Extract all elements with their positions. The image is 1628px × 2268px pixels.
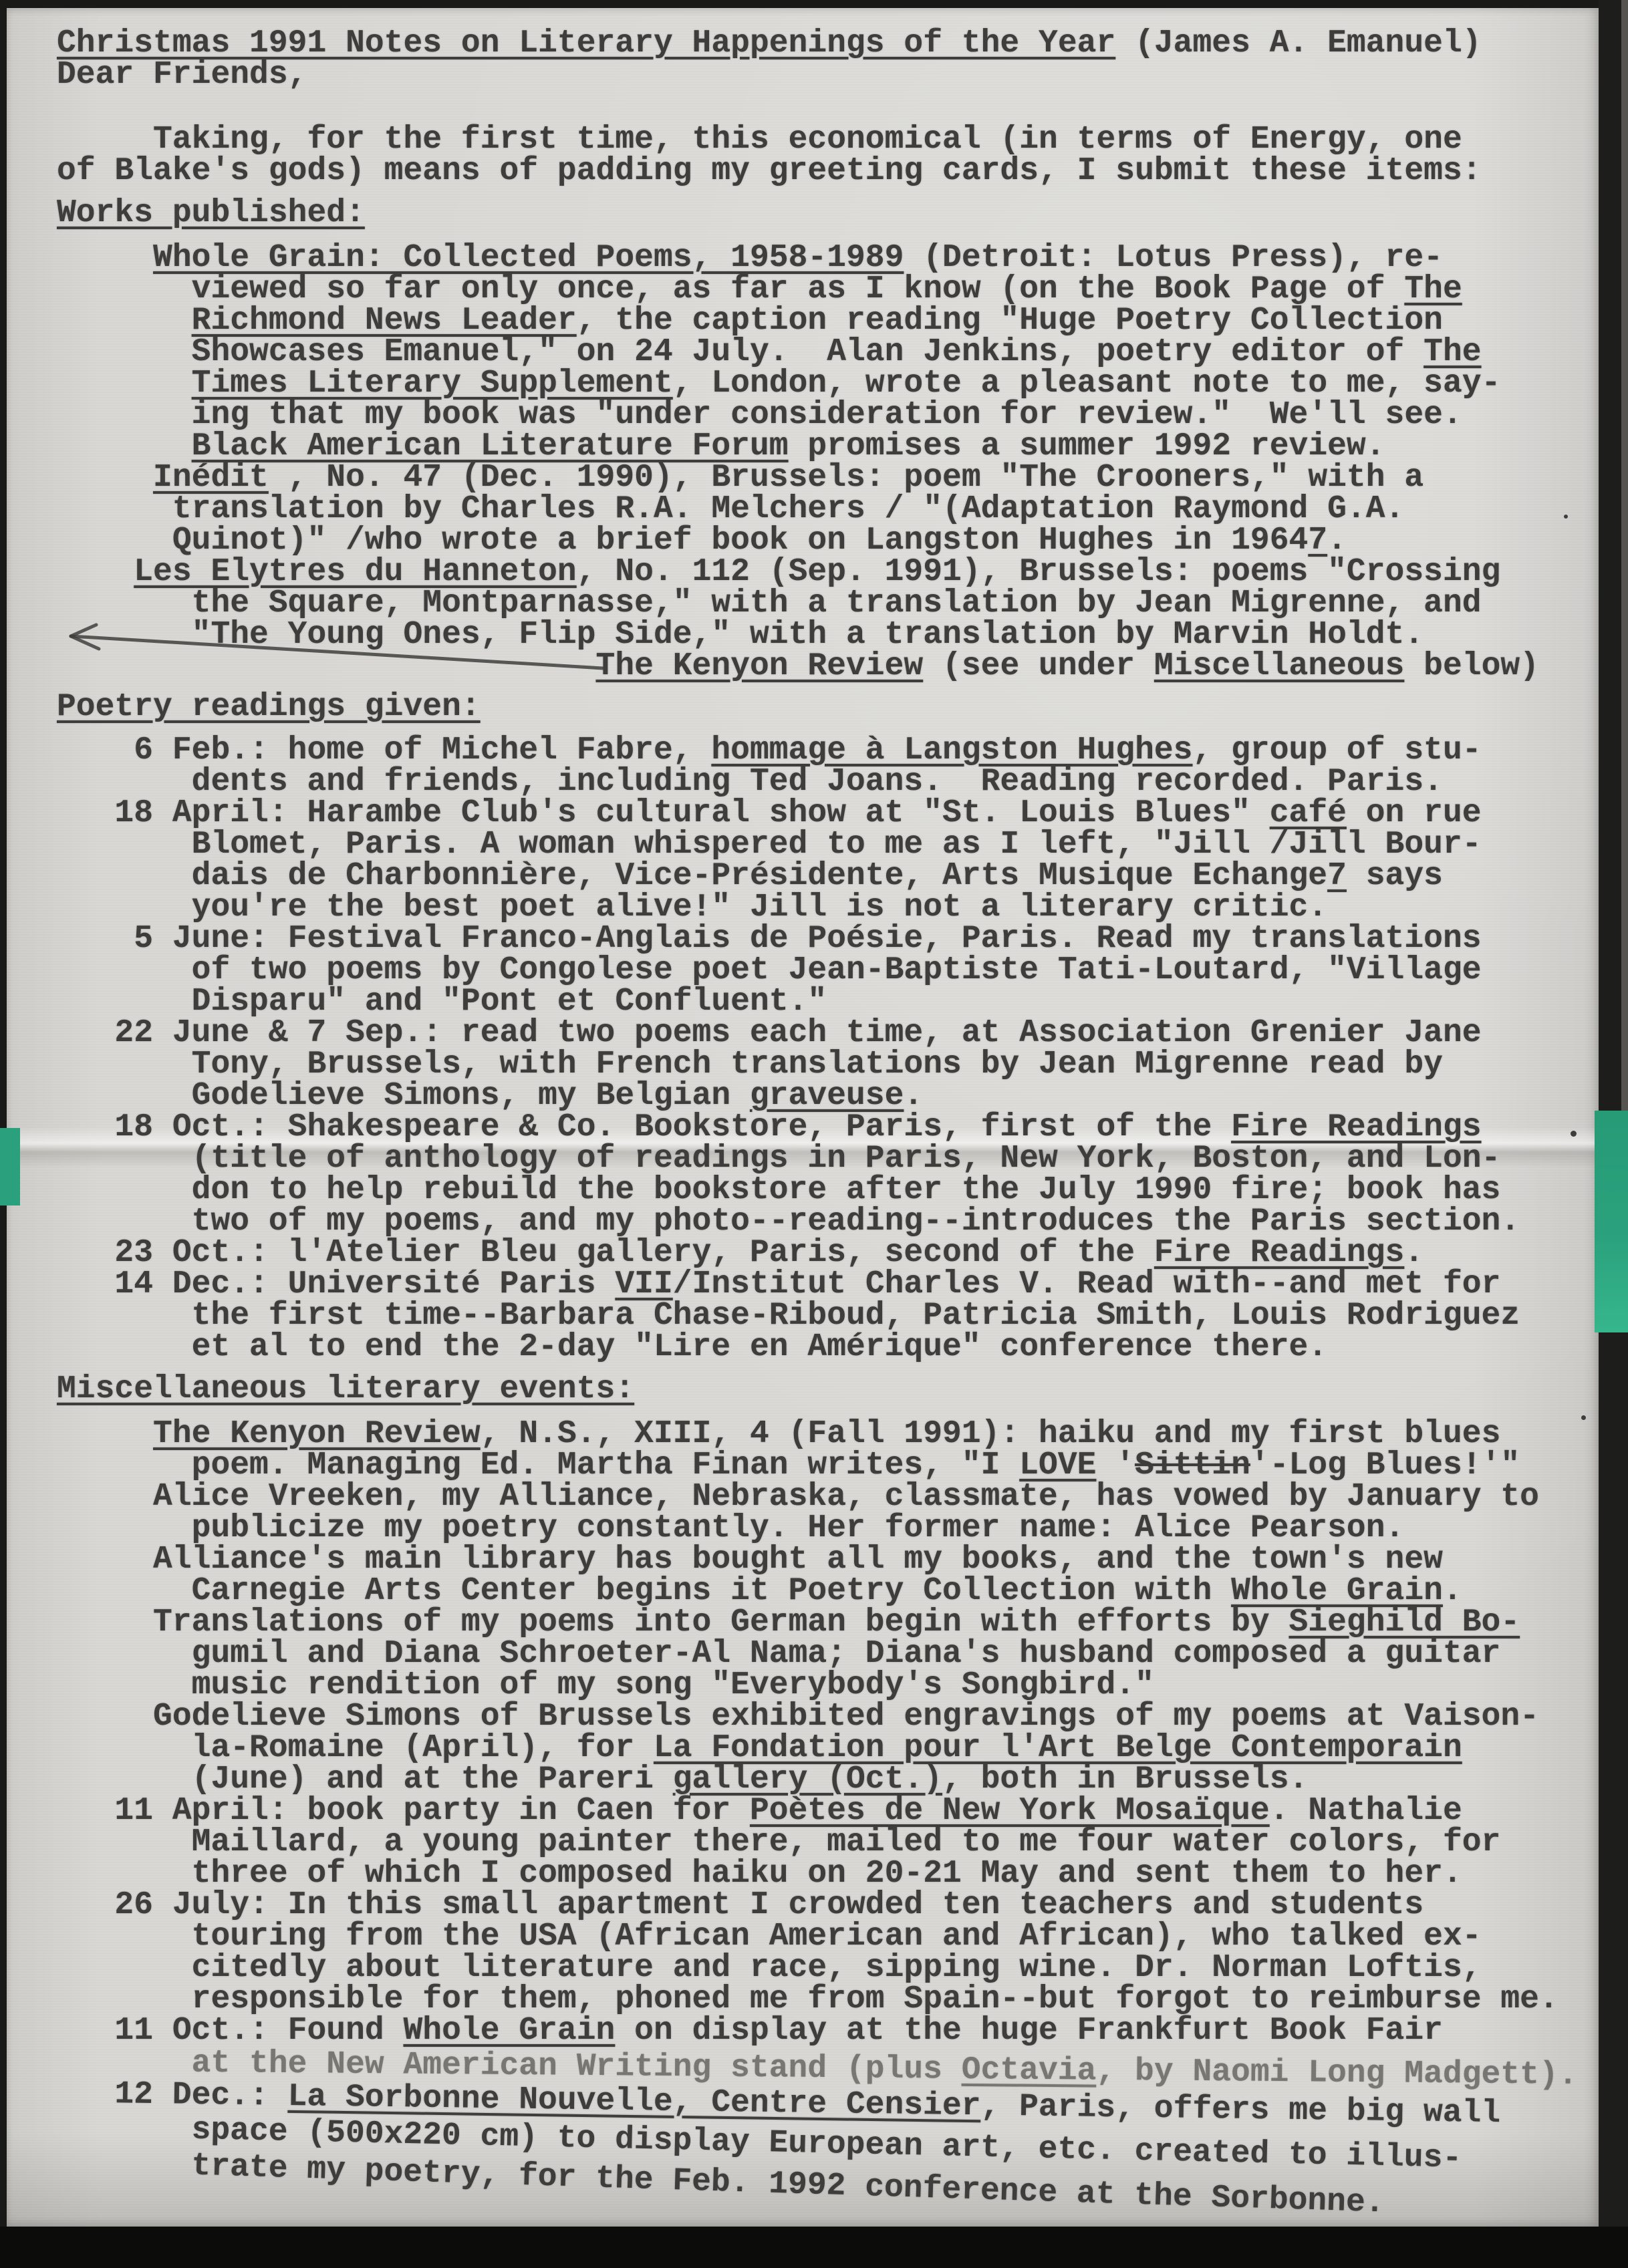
text-line: Translations of my poems into German beg… [57, 1607, 1578, 1639]
text-line: Alice Vreeken, my Alliance, Nebraska, cl… [57, 1481, 1578, 1513]
text-line: "The Young Ones, Flip Side," with a tran… [57, 619, 1578, 651]
text-line: the Square, Montparnasse," with a transl… [57, 588, 1578, 619]
text-line: of Blake's gods) means of padding my gre… [57, 156, 1578, 187]
text-line: Godelieve Simons of Brussels exhibited e… [57, 1701, 1578, 1733]
text-line: Carnegie Arts Center begins it Poetry Co… [57, 1576, 1578, 1607]
scan-border-top [0, 0, 1628, 8]
text-line: 6 Feb.: home of Michel Fabre, hommage à … [57, 735, 1578, 766]
text-line: of two poems by Congolese poet Jean-Bapt… [57, 955, 1578, 986]
text-line: Disparu" and "Pont et Confluent." [57, 986, 1578, 1018]
letter-lines: Christmas 1991 Notes on Literary Happeni… [57, 28, 1578, 2178]
ink-speck [1581, 1415, 1586, 1420]
section-heading: Works published: [57, 198, 1578, 229]
text-line: touring from the USA (African American a… [57, 1921, 1578, 1953]
text-line: et al to end the 2-day "Lire en Amérique… [57, 1332, 1578, 1363]
text-line: responsible for them, phoned me from Spa… [57, 1984, 1578, 2015]
letter-page: Christmas 1991 Notes on Literary Happeni… [7, 8, 1599, 2227]
text-line: 14 Dec.: Université Paris VII/Institut C… [57, 1269, 1578, 1300]
green-backing-strip-left [0, 1128, 20, 1206]
text-line: two of my poems, and my photo--reading--… [57, 1206, 1578, 1238]
text-line: 18 Oct.: Shakespeare & Co. Bookstore, Pa… [57, 1112, 1578, 1143]
document-title: Christmas 1991 Notes on Literary Happeni… [57, 28, 1578, 59]
text-line: The Kenyon Review, N.S., XIII, 4 (Fall 1… [57, 1419, 1578, 1450]
text-line: la-Romaine (April), for La Fondation pou… [57, 1733, 1578, 1764]
text-line: 5 June: Festival Franco-Anglais de Poési… [57, 924, 1578, 955]
text-line: 26 July: In this small apartment I crowd… [57, 1890, 1578, 1921]
text-line: Blomet, Paris. A woman whispered to me a… [57, 829, 1578, 861]
text-line: (title of anthology of readings in Paris… [57, 1143, 1578, 1175]
text-line: music rendition of my song "Everybody's … [57, 1670, 1578, 1701]
section-heading: Poetry readings given: [57, 692, 1578, 723]
salutation: Dear Friends, [57, 59, 1578, 91]
text-line: Tony, Brussels, with French translations… [57, 1049, 1578, 1081]
text-line: publicize my poetry constantly. Her form… [57, 1513, 1578, 1544]
text-line: 11 Oct.: Found Whole Grain on display at… [57, 2015, 1578, 2047]
text-line: Maillard, a young painter there, mailed … [57, 1827, 1578, 1858]
text-line: poem. Managing Ed. Martha Finan writes, … [57, 1450, 1578, 1481]
text-line: don to help rebuild the bookstore after … [57, 1175, 1578, 1206]
scan-border-bottom [0, 2227, 1628, 2268]
inserted-line: The Kenyon Review (see under Miscellaneo… [57, 651, 1578, 682]
text-line: 23 Oct.: l'Atelier Bleu gallery, Paris, … [57, 1238, 1578, 1269]
text-line: dais de Charbonnière, Vice-Présidente, A… [57, 861, 1578, 892]
scanned-letter-screenshot: { "meta": { "kind": "scanned typewritten… [0, 0, 1628, 2268]
text-line: Godelieve Simons, my Belgian graveuse. [57, 1081, 1578, 1112]
text-line: three of which I composed haiku on 20-21… [57, 1858, 1578, 1890]
text-line: gumil and Diana Schroeter-Al Nama; Diana… [57, 1639, 1578, 1670]
text-line: Inédit , No. 47 (Dec. 1990), Brussels: p… [57, 462, 1578, 494]
text-line: viewed so far only once, as far as I kno… [57, 274, 1578, 305]
text-line: ing that my book was "under consideratio… [57, 400, 1578, 431]
text-line: 11 April: book party in Caen for Poètes … [57, 1796, 1578, 1827]
text-line: you're the best poet alive!" Jill is not… [57, 892, 1578, 924]
text-line: Quinot)" /who wrote a brief book on Lang… [57, 525, 1578, 557]
text-line: citedly about literature and race, sippi… [57, 1953, 1578, 1984]
text-line: Showcases Emanuel," on 24 July. Alan Jen… [57, 337, 1578, 368]
text-line: Taking, for the first time, this economi… [57, 124, 1578, 156]
text-line: 22 June & 7 Sep.: read two poems each ti… [57, 1018, 1578, 1049]
section-heading: Miscellaneous literary events: [57, 1374, 1578, 1405]
text-line: Black American Literature Forum promises… [57, 431, 1578, 462]
text-line: Times Literary Supplement, London, wrote… [57, 368, 1578, 400]
text-line: Richmond News Leader, the caption readin… [57, 305, 1578, 337]
text-line: Les Elytres du Hanneton, No. 112 (Sep. 1… [57, 557, 1578, 588]
text-line: 18 April: Harambe Club's cultural show a… [57, 798, 1578, 829]
text-line: translation by Charles R.A. Melchers / "… [57, 494, 1578, 525]
text-line: the first time--Barbara Chase-Riboud, Pa… [57, 1300, 1578, 1332]
text-line: Whole Grain: Collected Poems, 1958-1989 … [57, 243, 1578, 274]
ink-speck [1571, 1131, 1577, 1137]
text-line: Alliance's main library has bought all m… [57, 1544, 1578, 1576]
green-backing-strip-right [1595, 1111, 1628, 1332]
text-line: dents and friends, including Ted Joans. … [57, 766, 1578, 798]
text-line: (June) and at the Pareri gallery (Oct.),… [57, 1764, 1578, 1796]
ink-speck [1564, 515, 1568, 519]
scanner-edge-strip [1621, 0, 1628, 1111]
